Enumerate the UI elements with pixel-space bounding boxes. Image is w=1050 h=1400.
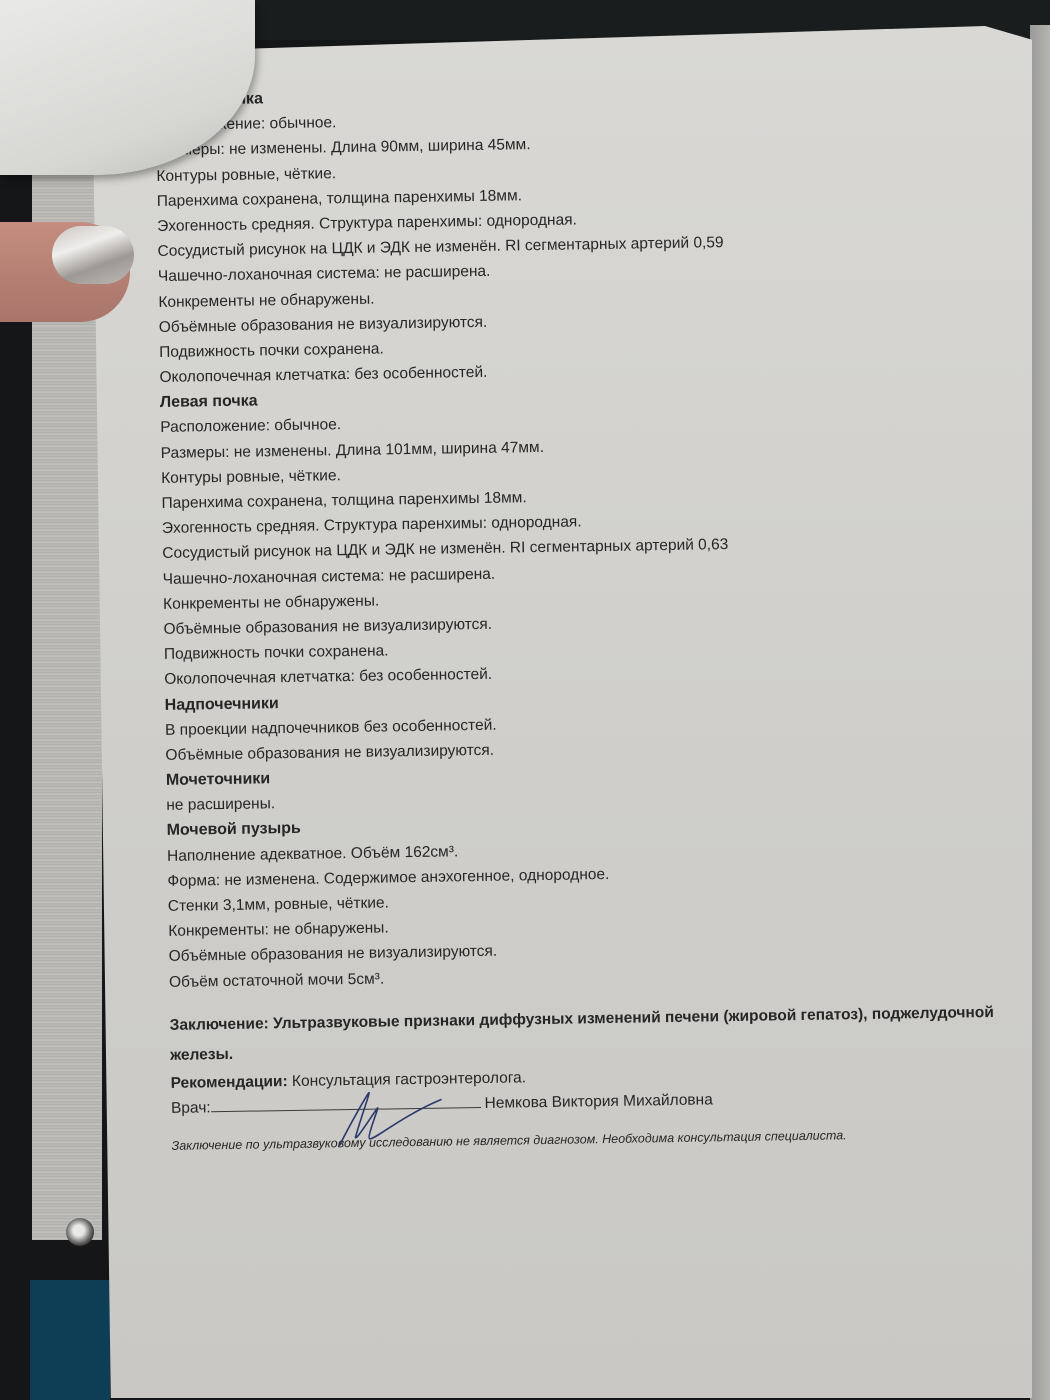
doctor-label: Врач: xyxy=(171,1099,211,1117)
ultrasound-report: Правая почка Расположение: обычное. Разм… xyxy=(155,74,1050,1153)
doctor-name: Немкова Виктория Михайловна xyxy=(484,1091,712,1112)
blue-device-part xyxy=(30,1280,110,1400)
fingernail xyxy=(52,226,134,284)
recommendations-label: Рекомендации: xyxy=(170,1073,287,1092)
section-left-kidney: Левая почка Расположение: обычное. Разме… xyxy=(160,376,1045,692)
section-bladder: Мочевой пузырь Наполнение адекватное. Об… xyxy=(166,805,1049,995)
conclusion-label: Заключение: xyxy=(170,1015,269,1034)
screw-icon xyxy=(66,1218,94,1246)
section-adrenals: Надпочечники В проекции надпочечников бе… xyxy=(164,679,1045,768)
section-right-kidney: Правая почка Расположение: обычное. Разм… xyxy=(155,74,1040,390)
handwritten-signature-icon xyxy=(321,1085,462,1147)
conclusion-text: Ультразвуковые признаки диффузных измене… xyxy=(170,1004,994,1064)
